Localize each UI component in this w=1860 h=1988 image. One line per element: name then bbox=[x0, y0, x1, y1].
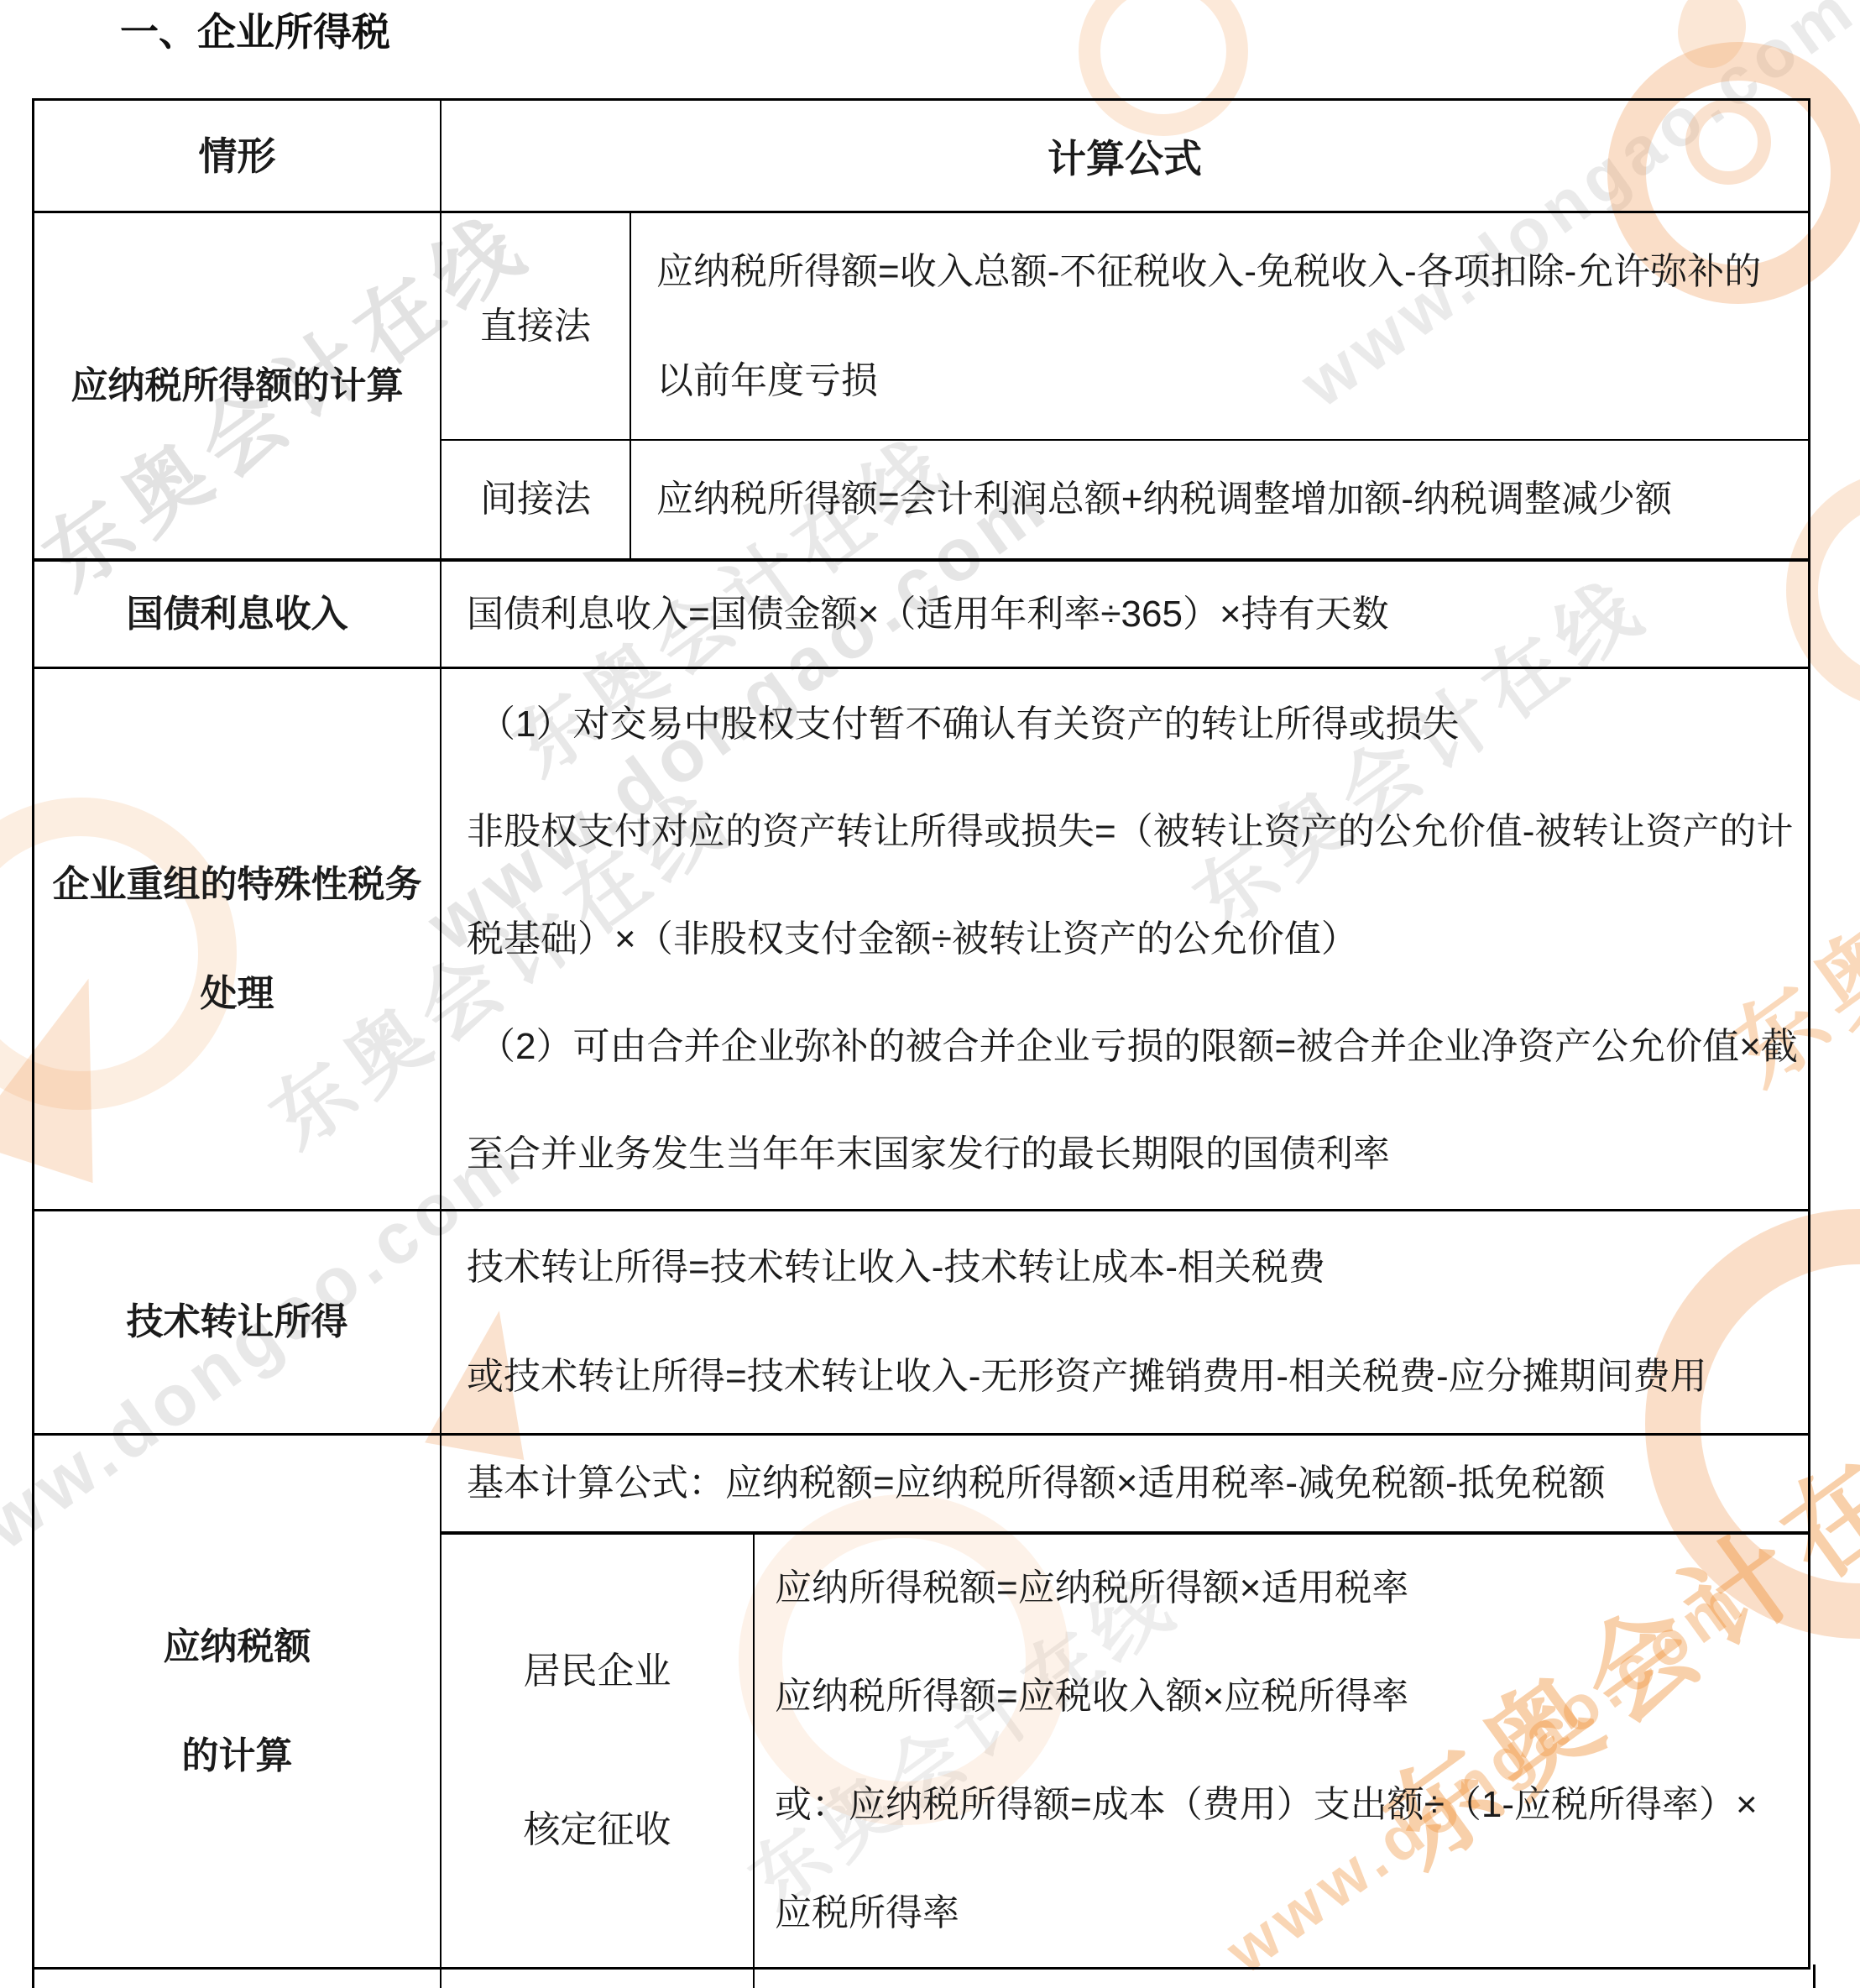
table-row-taxable-income: 应纳税所得额的计算 直接法 应纳税所得额=收入总额-不征税收入-免税收入-各项扣… bbox=[34, 211, 1808, 558]
formula-line: 或：应纳税所得额=成本（费用）支出额÷（1-应税所得率）× bbox=[775, 1750, 1808, 1859]
formula-line: 应税所得率 bbox=[775, 1859, 1808, 1966]
row-label-text: 处理 bbox=[201, 939, 274, 1049]
subrow-basic-formula: 基本计算公式：应纳税额=应纳税所得额×适用税率-减免税额-抵免税额 bbox=[441, 1436, 1808, 1535]
table-row-tech-transfer: 技术转让所得 技术转让所得=技术转让收入-技术转让成本-相关税费 或技术转让所得… bbox=[34, 1209, 1808, 1433]
formula-line: 税基础）×（非股权支付金额÷被转让资产的公允价值） bbox=[467, 886, 1808, 993]
column-divider bbox=[440, 1964, 441, 1988]
header-formula: 计算公式 bbox=[441, 101, 1808, 211]
row-label-tech-transfer: 技术转让所得 bbox=[34, 1211, 441, 1433]
formula-line: 或技术转让所得=技术转让收入-无形资产摊销费用-相关税费-应分摊期间费用 bbox=[467, 1322, 1808, 1431]
row-label-text: 的计算 bbox=[182, 1702, 293, 1811]
formula-line: 至合并业务发生当年年末国家发行的最长期限的国债利率 bbox=[467, 1101, 1808, 1208]
row-label-treasury-interest: 国债利息收入 bbox=[34, 562, 441, 667]
row-label-text: 企业重组的特殊性税务 bbox=[53, 830, 422, 939]
formula-line: 应纳税所得额=应税收入额×应税所得率 bbox=[775, 1642, 1808, 1750]
column-divider bbox=[753, 1964, 755, 1988]
page: 东奥会计在线 www.dongao.com 东奥会计在线 东奥会计在线 东奥会计… bbox=[0, 0, 1860, 1988]
subrow-direct-method: 直接法 应纳税所得额=收入总额-不征税收入-免税收入-各项扣除-允许弥补的 以前… bbox=[441, 213, 1808, 441]
dongao-logo-flame-icon bbox=[1670, 0, 1755, 75]
formula-cell-resident: 应纳所得税额=应纳税所得额×适用税率 应纳税所得额=应税收入额×应税所得率 或：… bbox=[755, 1535, 1808, 1966]
row-label-text: 技术转让所得 bbox=[127, 1268, 348, 1377]
row-label-restructuring: 企业重组的特殊性税务 处理 bbox=[34, 669, 441, 1209]
table-row-tax-payable: 应纳税额 的计算 基本计算公式：应纳税额=应纳税所得额×适用税率-减免税额-抵免… bbox=[34, 1433, 1808, 1967]
formula-line: 技术转让所得=技术转让收入-技术转让成本-相关税费 bbox=[467, 1213, 1808, 1322]
method-label-text: 核定征收 bbox=[524, 1776, 671, 1884]
formula-cell-treasury: 国债利息收入=国债金额×（适用年利率÷365）×持有天数 bbox=[441, 562, 1808, 667]
formula-line: 非股权支付对应的资产转让所得或损失=（被转让资产的公允价值-被转让资产的计 bbox=[467, 778, 1808, 886]
row-label-taxable-income: 应纳税所得额的计算 bbox=[34, 213, 441, 558]
method-resident-label: 居民企业 核定征收 bbox=[441, 1535, 755, 1966]
table-row-restructuring: 企业重组的特殊性税务 处理 （1）对交易中股权支付暂不确认有关资产的转让所得或损… bbox=[34, 667, 1808, 1209]
row-label-text: 国债利息收入 bbox=[127, 562, 348, 667]
table-header-row: 情形 计算公式 bbox=[34, 101, 1808, 211]
method-label-text: 居民企业 bbox=[524, 1617, 671, 1725]
method-indirect-label: 间接法 bbox=[441, 441, 631, 558]
subrow-indirect-method: 间接法 应纳税所得额=会计利润总额+纳税调整增加额-纳税调整减少额 bbox=[441, 441, 1808, 558]
method-direct-label: 直接法 bbox=[441, 213, 631, 439]
formula-cell-direct: 应纳税所得额=收入总额-不征税收入-免税收入-各项扣除-允许弥补的 以前年度亏损 bbox=[631, 213, 1808, 439]
table-next-row-cutoff bbox=[32, 1964, 1816, 1988]
formula-line: 应纳税所得额=收入总额-不征税收入-免税收入-各项扣除-允许弥补的 bbox=[656, 217, 1808, 327]
row-label-text: 应纳税所得额的计算 bbox=[71, 332, 404, 441]
table-row-treasury-interest: 国债利息收入 国债利息收入=国债金额×（适用年利率÷365）×持有天数 bbox=[34, 558, 1808, 667]
formula-line: 应纳所得税额=应纳税所得额×适用税率 bbox=[775, 1535, 1808, 1642]
formula-line: （2）可由合并企业弥补的被合并企业亏损的限额=被合并企业净资产公允价值×截 bbox=[467, 993, 1808, 1101]
formula-line: 应纳税所得额=会计利润总额+纳税调整增加额-纳税调整减少额 bbox=[656, 445, 1808, 554]
formula-line: 国债利息收入=国债金额×（适用年利率÷365）×持有天数 bbox=[467, 562, 1808, 667]
row-label-text: 应纳税额 bbox=[164, 1593, 311, 1702]
header-situation: 情形 bbox=[34, 101, 441, 211]
subrow-resident-assessed: 居民企业 核定征收 应纳所得税额=应纳税所得额×适用税率 应纳税所得额=应税收入… bbox=[441, 1535, 1808, 1966]
formula-line: 基本计算公式：应纳税额=应纳税所得额×适用税率-减免税额-抵免税额 bbox=[467, 1436, 1808, 1535]
formula-line: （1）对交易中股权支付暂不确认有关资产的转让所得或损失 bbox=[467, 671, 1808, 778]
formula-cell-indirect: 应纳税所得额=会计利润总额+纳税调整增加额-纳税调整减少额 bbox=[631, 441, 1808, 558]
page-title: 一、企业所得税 bbox=[120, 7, 390, 57]
tax-formula-table: 情形 计算公式 应纳税所得额的计算 直接法 应纳税所得额=收入总额-不征税收入-… bbox=[32, 98, 1810, 1970]
row-label-tax-payable: 应纳税额 的计算 bbox=[34, 1436, 441, 1967]
formula-cell-restructuring: （1）对交易中股权支付暂不确认有关资产的转让所得或损失 非股权支付对应的资产转让… bbox=[441, 669, 1808, 1209]
formula-cell-tech-transfer: 技术转让所得=技术转让收入-技术转让成本-相关税费 或技术转让所得=技术转让收入… bbox=[441, 1211, 1808, 1433]
formula-line: 以前年度亏损 bbox=[656, 327, 1808, 436]
